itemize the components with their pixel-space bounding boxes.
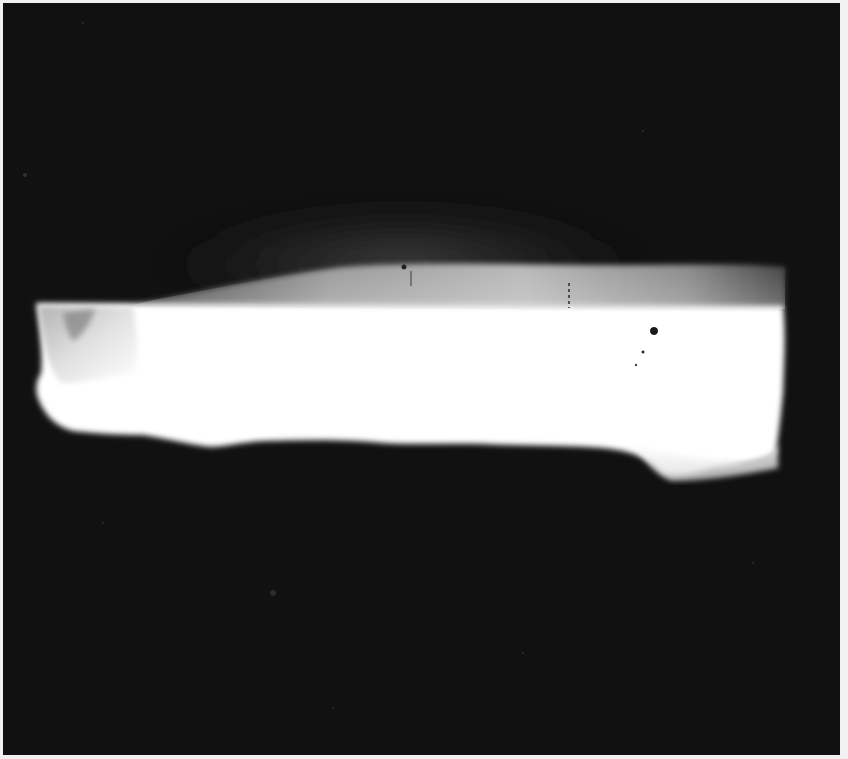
speck <box>642 351 645 354</box>
speck <box>402 265 407 270</box>
photo-canvas <box>3 3 840 755</box>
speck <box>635 364 637 366</box>
photograph: Photogram of a bright, irregular rectang… <box>3 3 840 755</box>
photo-border: Photogram of a bright, irregular rectang… <box>0 0 848 759</box>
speck <box>650 327 658 335</box>
